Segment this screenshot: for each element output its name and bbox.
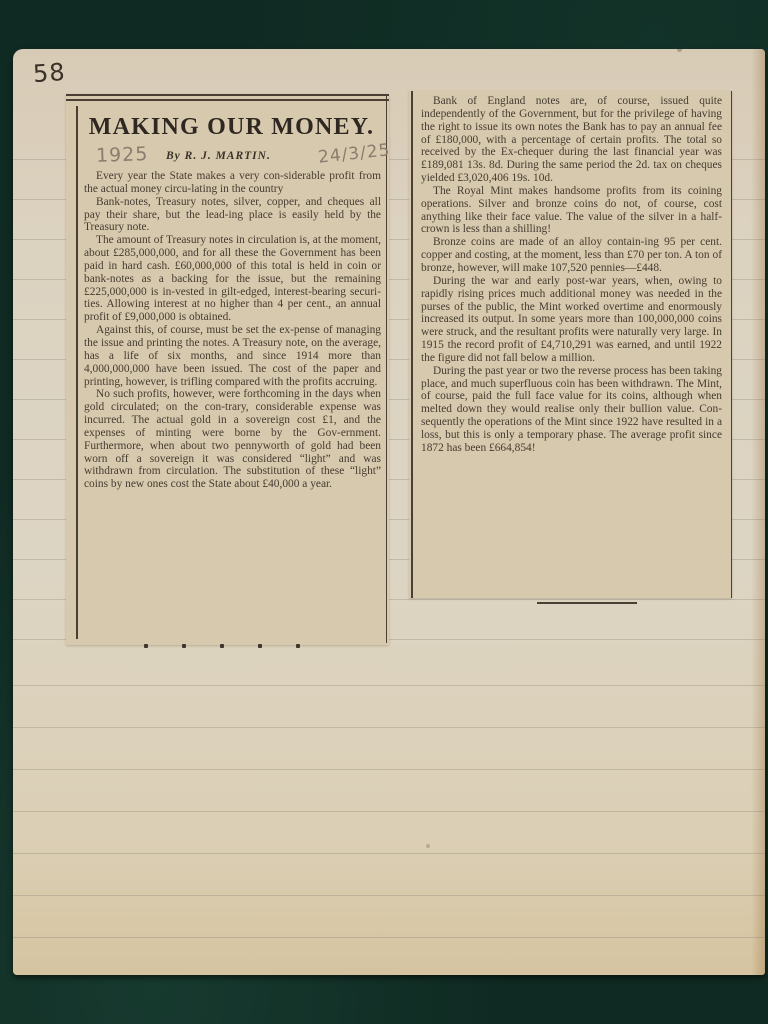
column-rule — [411, 91, 413, 598]
ruled-line — [13, 727, 765, 728]
paragraph: Bank-notes, Treasury notes, silver, copp… — [84, 196, 381, 235]
article-body-right: Bank of England notes are, of course, is… — [421, 95, 722, 455]
ruled-line — [13, 811, 765, 812]
column-rule — [386, 94, 388, 643]
paragraph: The amount of Treasury notes in circulat… — [84, 234, 381, 324]
ruled-line — [13, 769, 765, 770]
article-byline: By R. J. MARTIN. — [166, 150, 271, 162]
article-end-rule — [537, 602, 637, 604]
article-body-left: Every year the State makes a very con-si… — [84, 170, 381, 491]
ink-spot — [677, 49, 682, 52]
page-number: 58 — [32, 58, 66, 88]
paragraph: During the war and early post-war years,… — [421, 275, 722, 365]
paragraph: Bronze coins are made of an alloy contai… — [421, 236, 722, 275]
newspaper-clipping-left: MAKING OUR MONEY. 1925 By R. J. MARTIN. … — [66, 94, 389, 645]
paragraph: During the past year or two the reverse … — [421, 365, 722, 455]
paragraph: Every year the State makes a very con-si… — [84, 170, 381, 196]
column-rule — [76, 106, 78, 639]
perforation-dots — [144, 644, 300, 648]
header-double-rule — [66, 94, 389, 102]
paragraph: No such profits, however, were forthcomi… — [84, 388, 381, 491]
ruled-line — [13, 937, 765, 938]
paragraph: The Royal Mint makes handsome profits fr… — [421, 185, 722, 236]
handwritten-year: 1925 — [96, 143, 149, 167]
handwritten-date: 24/3/25 — [318, 140, 392, 167]
ruled-line — [13, 853, 765, 854]
ruled-line — [13, 895, 765, 896]
ruled-line — [13, 685, 765, 686]
paragraph: Bank of England notes are, of course, is… — [421, 95, 722, 185]
column-rule — [731, 91, 733, 598]
newspaper-clipping-right: Bank of England notes are, of course, is… — [409, 91, 732, 598]
article-headline: MAKING OUR MONEY. — [80, 114, 383, 141]
scrapbook-page: 58 MAKING OUR MONEY. 1925 By R. J. MARTI… — [13, 49, 765, 975]
ink-spot — [426, 844, 430, 848]
paragraph: Against this, of course, must be set the… — [84, 324, 381, 388]
